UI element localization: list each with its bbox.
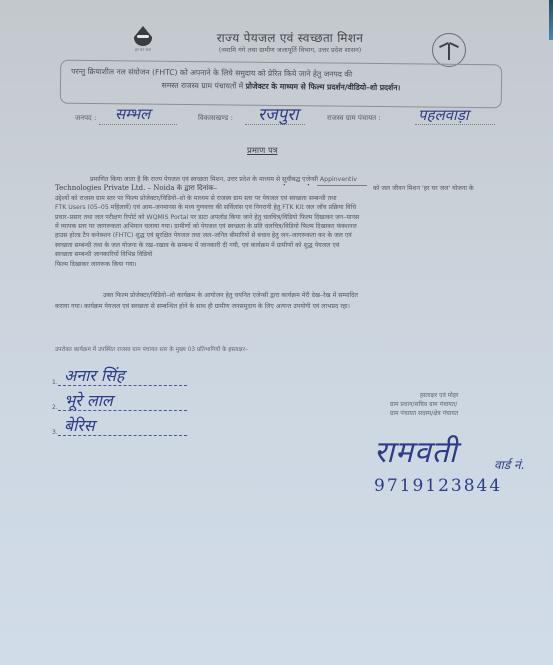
signatory-signature: रामवती	[374, 430, 458, 471]
emblem-bow-icon	[448, 44, 450, 60]
participant-signature-3: 3. बेरिस	[52, 418, 187, 438]
agency-name: Technologies Private Ltd. – Noida के द्व…	[55, 184, 217, 192]
body-line: फिल्म दिखाकर जागरूक किया गया।	[55, 260, 515, 269]
panchayat-label: राजस्व ग्राम पंचायत :	[327, 114, 381, 123]
body-line: स्वच्छता सम्बन्धी जानकारियों विभिन्न विड…	[55, 250, 515, 259]
signature-number: 1.	[52, 379, 58, 386]
signatory-line-3: ग्राम पंचायत सदस्य/क्षेत्र पंचायत	[390, 409, 530, 418]
participant-signature-1: 1. अनार सिंह	[52, 368, 187, 388]
body-after-date: को जल जीवन मिशन 'हर घर जल' योजना के	[373, 184, 474, 193]
department-subtitle: (नमामि गंगे तथा ग्रामीण जलापूर्ति विभाग,…	[180, 45, 400, 54]
banner-normal-text: समस्त राजस्व ग्राम पंचायतों में	[162, 81, 246, 91]
body-line: उद्देश्यों को राजस्व ग्राम स्तर पर फिल्म…	[55, 194, 515, 203]
participants-intro: उपरोक्त कार्यक्रम में उपस्थित राजस्व ग्र…	[55, 347, 305, 355]
body-line: FTK Users (05–05 महिलायें) एवं आम–जनमानस…	[55, 203, 515, 212]
certificate-body: प्रमाणित किया जाता है कि राज्य पेयजल एवं…	[55, 175, 515, 269]
signatory-block: हस्ताक्षर एवं मोहर ग्राम प्रधान/सचिव ग्र…	[390, 391, 530, 418]
district-label: जनपद :	[75, 114, 96, 123]
participant-name: बेरिस	[64, 414, 95, 436]
signatory-line-1: हस्ताक्षर एवं मोहर	[390, 391, 530, 400]
body-line: में व्यापक स्तर पर जागरूकता अभियान चलाया…	[55, 222, 515, 231]
para2-line-2: कराया गया। कार्यक्रम पेयजल एवं स्वच्छता …	[55, 301, 525, 312]
body-line: हाउस होल्ड टैप कनेक्शन (FHTC) शुद्ध एवं …	[55, 231, 515, 240]
participant-name: अनार सिंह	[64, 364, 124, 386]
water-drop-logo-icon: हर घर जल	[126, 26, 160, 60]
block-label: विकासखण्ड :	[198, 114, 233, 123]
logo-caption: हर घर जल	[126, 48, 160, 52]
signatory-phone: 9719123844	[374, 476, 502, 496]
body-line: प्रमाणित किया जाता है कि राज्य पेयजल एवं…	[55, 175, 515, 184]
background-edge	[549, 0, 553, 40]
certificate-document: हर घर जल राज्य पेयजल एवं स्वच्छता मिशन (…	[0, 0, 553, 665]
date-underline	[317, 185, 367, 186]
banner-bold-text: प्रोजेक्टर के माध्यम से फिल्म प्रदर्शन/व…	[246, 82, 401, 93]
signature-number: 3.	[52, 429, 58, 436]
certificate-title: प्रमाण पत्र	[247, 145, 278, 156]
up-emblem-icon	[432, 33, 466, 67]
participant-name: भूरे लाल	[64, 389, 113, 411]
para2-line-1: उक्त फिल्म प्रोजेक्टर/विडियो–शो कार्यक्र…	[55, 290, 525, 301]
supervision-paragraph: उक्त फिल्म प्रोजेक्टर/विडियो–शो कार्यक्र…	[55, 290, 525, 312]
participant-signature-2: 2. भूरे लाल	[52, 393, 187, 413]
body-line: Technologies Private Ltd. – Noida के द्व…	[55, 184, 515, 193]
signatory-line-2: ग्राम प्रधान/सचिव ग्राम पंचायत/	[390, 400, 530, 409]
signature-number: 2.	[52, 404, 58, 411]
drop-icon	[134, 26, 152, 46]
district-line	[99, 124, 177, 125]
location-fields: जनपद : सम्भल विकासखण्ड : रजपुरा राजस्व ग…	[75, 104, 505, 130]
district-value: सम्भल	[115, 104, 150, 124]
panchayat-value: पहलवाड़ा	[418, 105, 469, 125]
block-value: रजपुरा	[258, 102, 299, 125]
ward-number-label: वार्ड नं.	[494, 456, 525, 473]
body-line: प्रचार–प्रसार तथा जल परीक्षण रिपोर्ट को …	[55, 213, 515, 222]
body-line: स्वच्छता सम्बन्धी तथा के जल योजना के रख–…	[55, 241, 515, 250]
mission-title: राज्य पेयजल एवं स्वच्छता मिशन	[180, 29, 400, 46]
